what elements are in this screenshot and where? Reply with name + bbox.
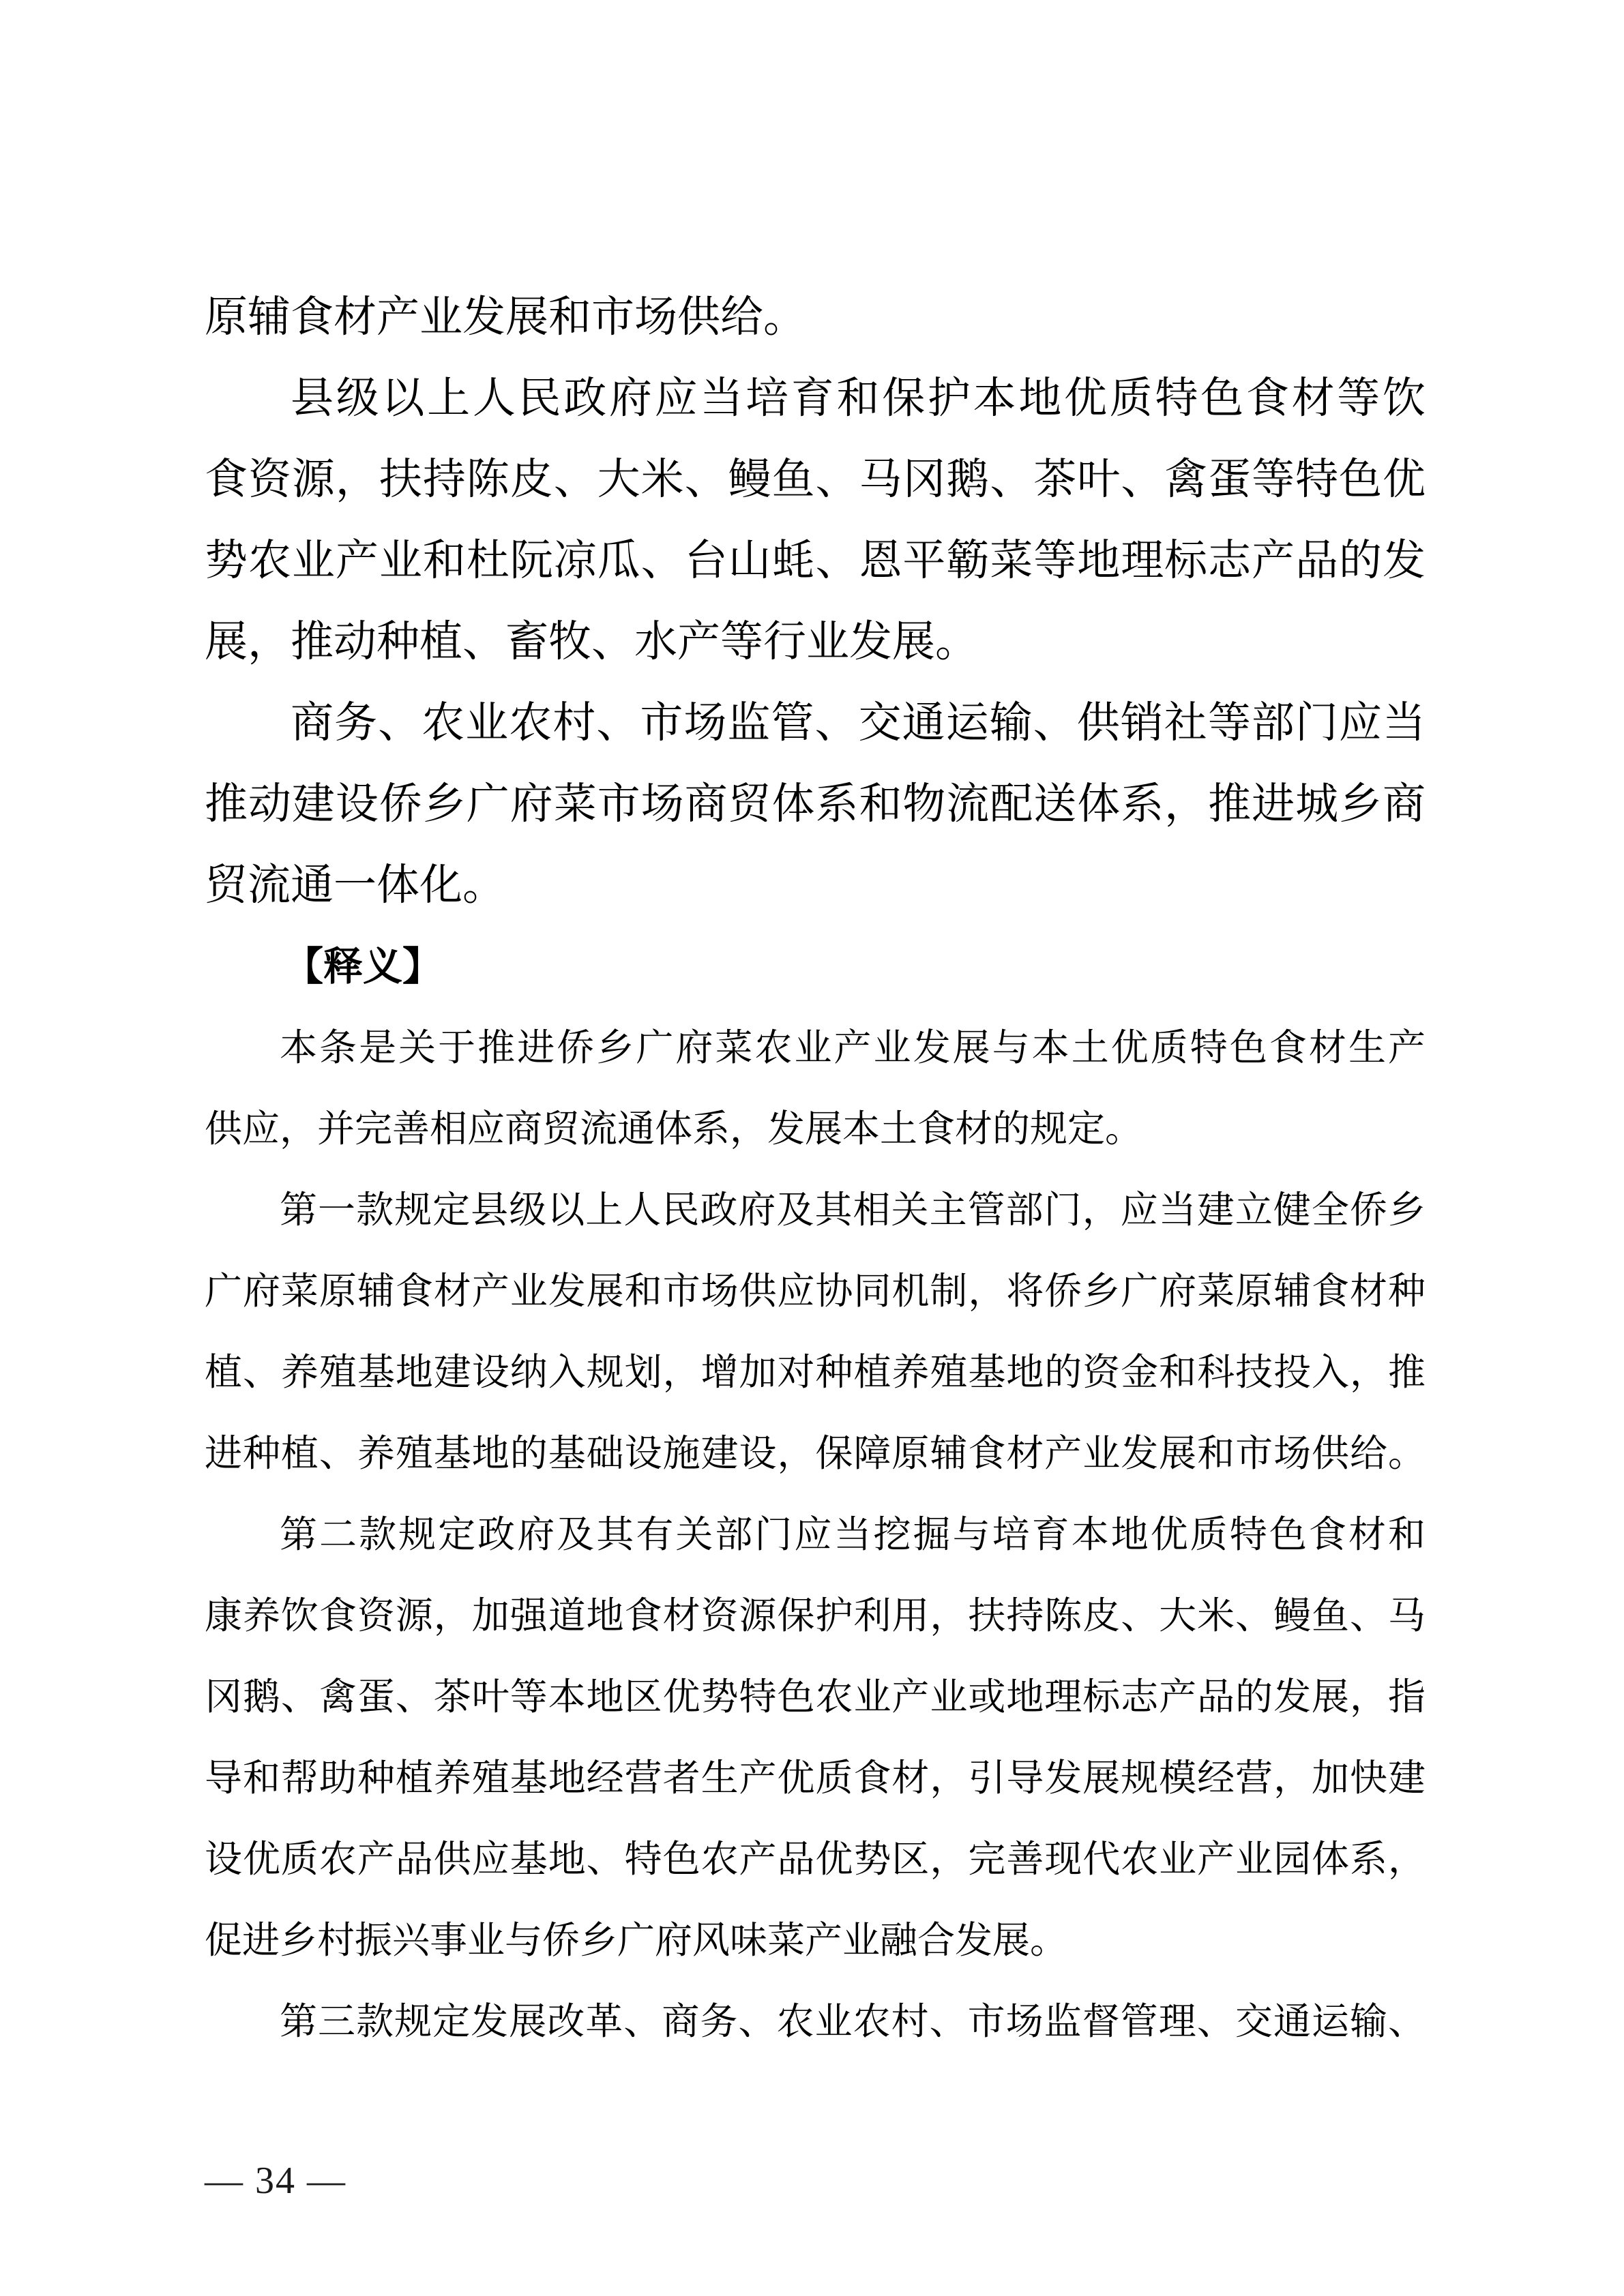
text-line: 本条是关于推进侨乡广府菜农业产业发展与本土优质特色食材生产 [205,1007,1426,1088]
text-line: 导和帮助种植养殖基地经营者生产优质食材，引导发展规模经营，加快建 [205,1738,1426,1819]
text-block: 原辅食材产业发展和市场供给。县级以上人民政府应当培育和保护本地优质特色食材等饮食… [205,277,1426,2062]
document-page: 原辅食材产业发展和市场供给。县级以上人民政府应当培育和保护本地优质特色食材等饮食… [0,0,1624,2296]
page-footer: — 34 — [205,2160,346,2201]
text-line: 食资源，扶持陈皮、大米、鳗鱼、马冈鹅、茶叶、禽蛋等特色优 [205,439,1426,520]
text-line: 康养饮食资源，加强道地食材资源保护利用，扶持陈皮、大米、鳗鱼、马 [205,1575,1426,1656]
text-line: 商务、农业农村、市场监管、交通运输、供销社等部门应当 [205,683,1426,764]
page-number: — 34 — [205,2160,346,2202]
text-line: 展，推动种植、畜牧、水产等行业发展。 [205,601,1426,683]
text-line: 植、养殖基地建设纳入规划，增加对种植养殖基地的资金和科技投入，推 [205,1332,1426,1413]
text-line: 推动建设侨乡广府菜市场商贸体系和物流配送体系，推进城乡商 [205,764,1426,845]
text-line: 进种植、养殖基地的基础设施建设，保障原辅食材产业发展和市场供给。 [205,1413,1426,1494]
text-line: 势农业产业和杜阮凉瓜、台山蚝、恩平簕菜等地理标志产品的发 [205,520,1426,601]
text-line: 供应，并完善相应商贸流通体系，发展本土食材的规定。 [205,1088,1426,1169]
text-line: 县级以上人民政府应当培育和保护本地优质特色食材等饮 [205,358,1426,439]
text-line: 设优质农产品供应基地、特色农产品优势区，完善现代农业产业园体系， [205,1819,1426,1900]
text-line: 原辅食材产业发展和市场供给。 [205,277,1426,358]
text-line: 第二款规定政府及其有关部门应当挖掘与培育本地优质特色食材和 [205,1494,1426,1575]
text-line: 冈鹅、禽蛋、茶叶等本地区优势特色农业产业或地理标志产品的发展，指 [205,1656,1426,1738]
text-line: 促进乡村振兴事业与侨乡广府风味菜产业融合发展。 [205,1900,1426,1981]
text-line: 第三款规定发展改革、商务、农业农村、市场监督管理、交通运输、 [205,1981,1426,2062]
text-line: 广府菜原辅食材产业发展和市场供应协同机制，将侨乡广府菜原辅食材种 [205,1251,1426,1332]
text-line: 第一款规定县级以上人民政府及其相关主管部门，应当建立健全侨乡 [205,1169,1426,1251]
interpretation-heading: 【释义】 [205,926,1426,1007]
text-line: 贸流通一体化。 [205,845,1426,926]
